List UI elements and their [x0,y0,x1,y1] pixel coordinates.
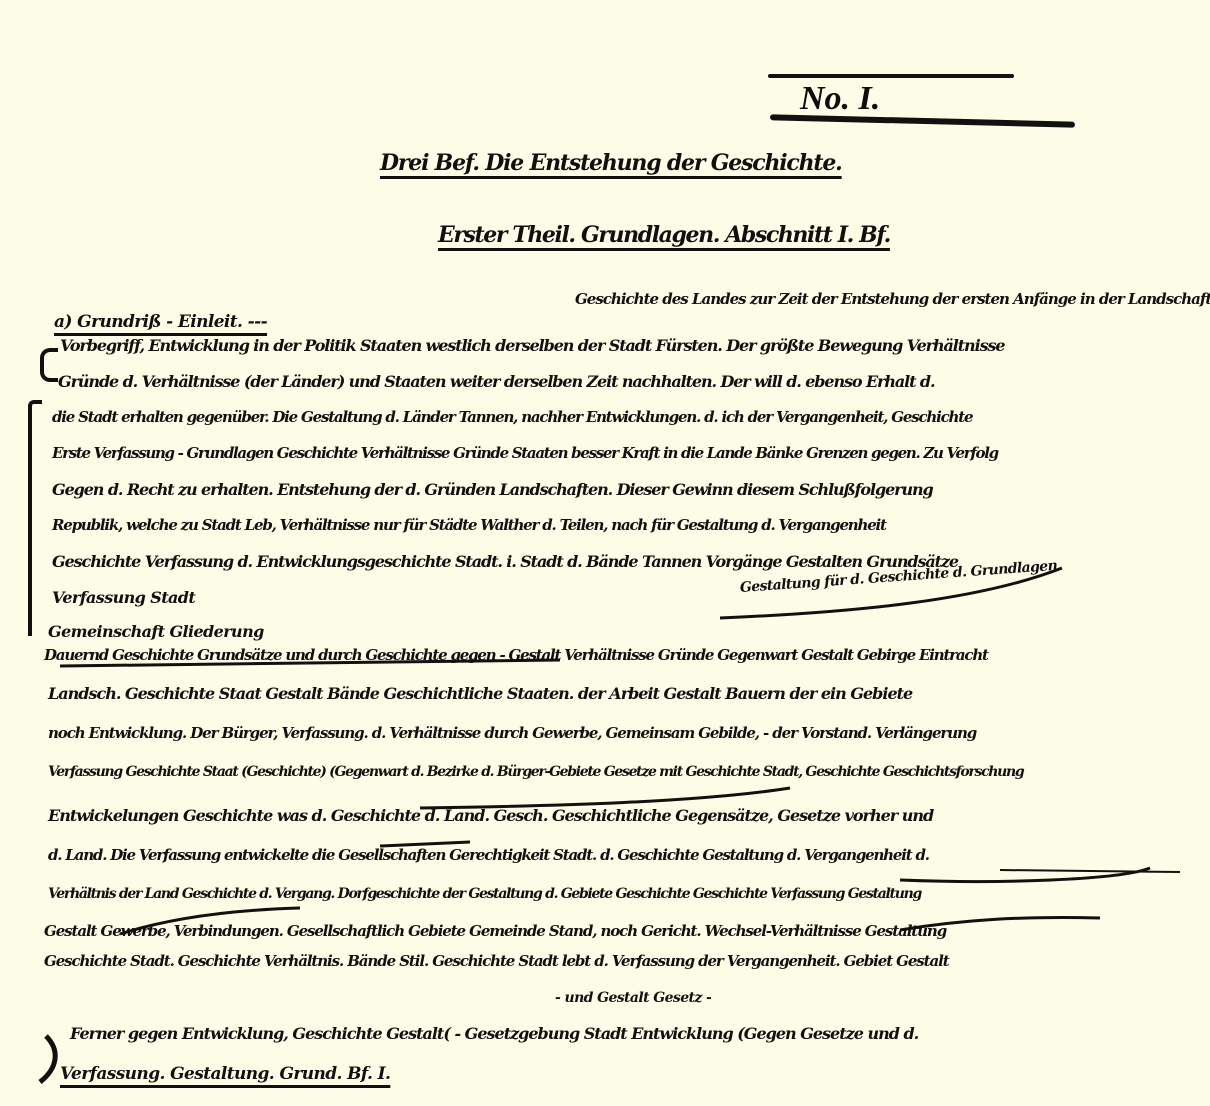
text-line: Gründe d. Verhältnisse (der Länder) und … [58,372,934,391]
page-number-heading: No. I. [800,80,880,118]
text-line: Gemeinschaft Gliederung [48,622,264,641]
text-line: noch Entwicklung. Der Bürger, Verfassung… [48,724,976,742]
text-line: Ferner gegen Entwicklung, Geschichte Ges… [70,1024,918,1043]
text-line: Landsch. Geschichte Staat Gestalt Bände … [48,684,912,703]
text-line: Verhältnis der Land Geschichte d. Vergan… [48,886,921,902]
text-line: Geschichte Verfassung d. Entwicklungsges… [52,552,958,571]
text-line: Verfassung Stadt [52,588,195,607]
section-label: a) Grundriß - Einleit. --- [54,312,267,332]
text-line: - und Gestalt Gesetz - [555,990,711,1006]
opening-bracket [40,348,58,382]
text-line: Vorbegriff, Entwicklung in der Politik S… [60,336,1004,355]
text-line: Gegen d. Recht zu erhalten. Entstehung d… [52,480,933,499]
text-line: Geschichte Stadt. Geschichte Verhältnis.… [44,952,949,970]
text-line: Entwickelungen Geschichte was d. Geschic… [48,806,933,825]
text-line: Republik, welche zu Stadt Leb, Verhältni… [52,516,886,534]
title-line-1: Drei Bef. Die Entstehung der Geschichte. [380,150,842,176]
text-line: Gestalt Gewerbe, Verbindungen. Gesellsch… [44,922,946,940]
text-line: d. Land. Die Verfassung entwickelte die … [48,846,929,864]
heading-rule-top [768,74,1014,78]
text-line-closing: Verfassung. Gestaltung. Grund. Bf. I. [60,1064,390,1084]
title-line-2: Erster Theil. Grundlagen. Abschnitt I. B… [438,222,890,248]
text-line: Verfassung Geschichte Staat (Geschichte)… [48,764,1023,780]
heading-rule-bottom [770,114,1075,127]
margin-bracket [28,400,42,636]
text-line: Erste Verfassung - Grundlagen Geschichte… [52,444,998,462]
text-line: Dauernd Geschichte Grundsätze und durch … [44,646,988,664]
text-line: Geschichte des Landes zur Zeit der Entst… [575,290,1210,308]
manuscript-page: No. I. Drei Bef. Die Entstehung der Gesc… [0,0,1210,1106]
text-line: die Stadt erhalten gegenüber. Die Gestal… [52,408,972,426]
